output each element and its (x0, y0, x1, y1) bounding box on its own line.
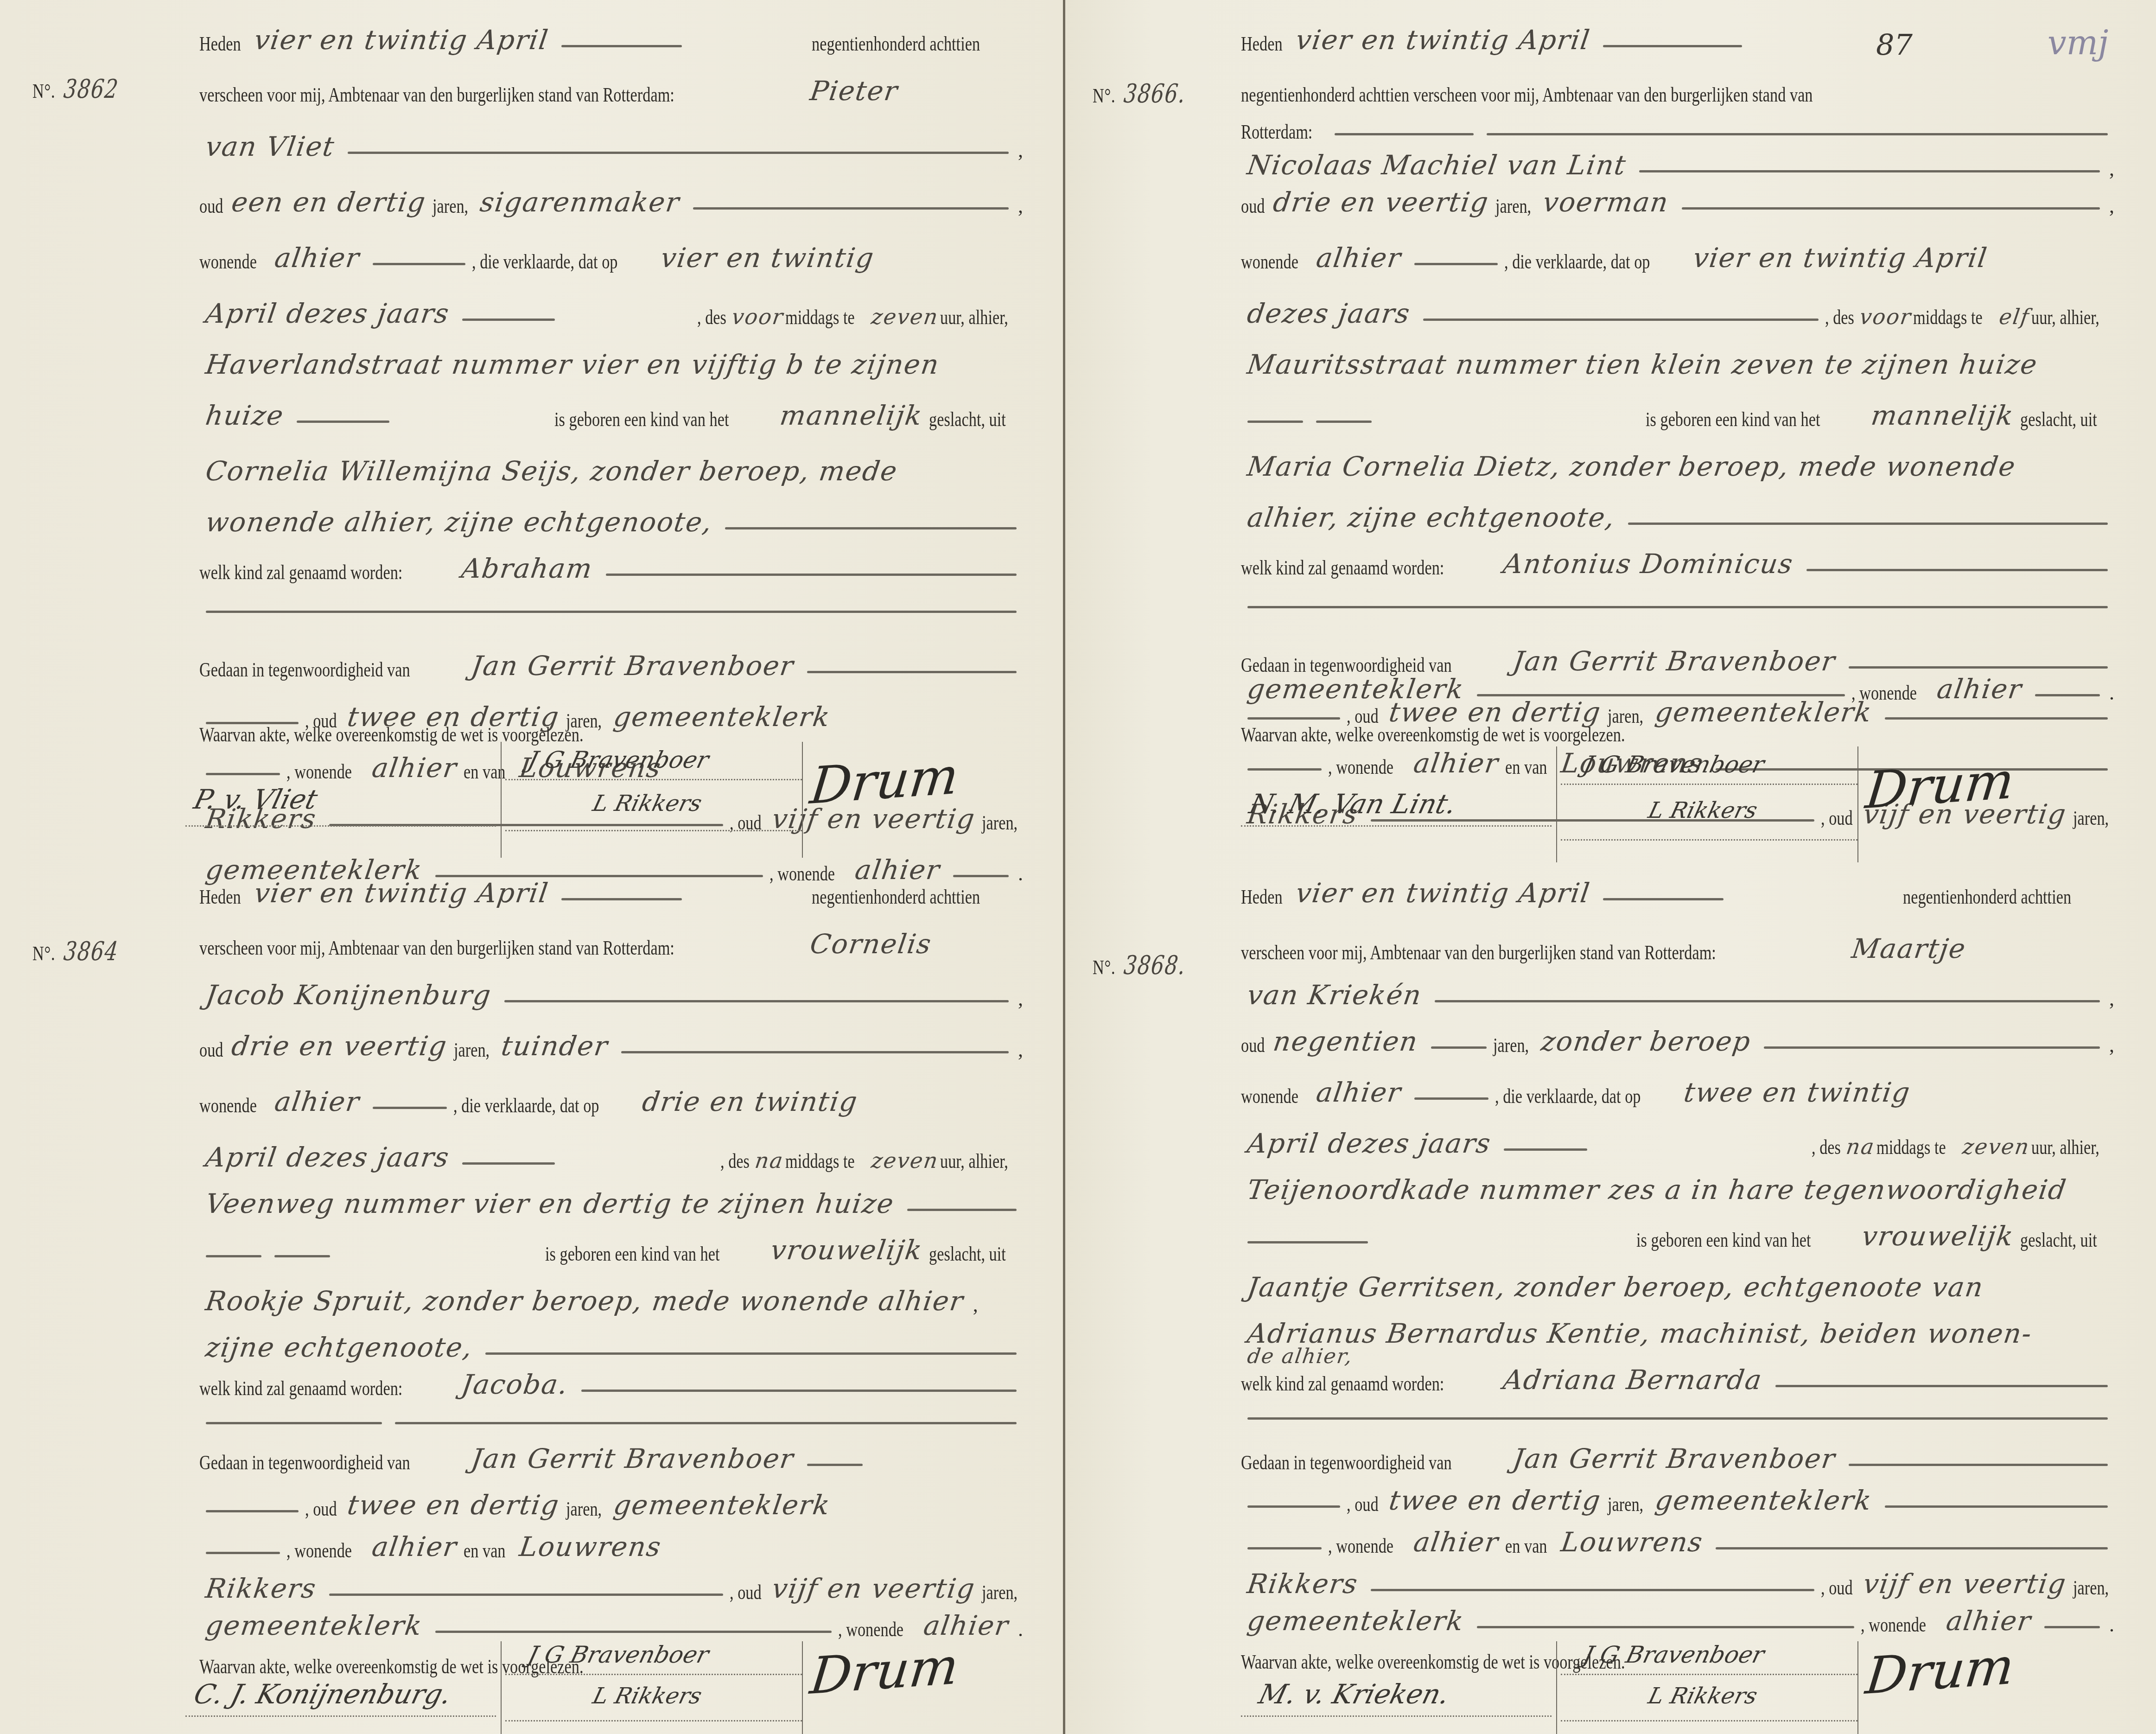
fill-dash (1477, 694, 1845, 696)
fill-dash (348, 152, 1009, 154)
address-line: Haverlandstraat nummer vier en vijftig b… (199, 343, 1023, 380)
declarant-line: Nicolaas Machiel van Lint , (1241, 144, 2114, 181)
witness2-age: vijf en veertig (1855, 1568, 2075, 1600)
fill-dash (1247, 1417, 2108, 1420)
birth-month: April dezes jaars (197, 298, 458, 329)
fill-dash (807, 1464, 863, 1466)
fill-dash (373, 1107, 447, 1109)
signature-dotline (1241, 1715, 1552, 1717)
witness1-age-line: , oud twee en dertig jaren, gemeentekler… (199, 1484, 1023, 1521)
fill-dash (1247, 1505, 1340, 1508)
declarant-surname: van Vliet (197, 131, 343, 162)
margin-note: 87 (1876, 28, 1913, 62)
birth-month: April dezes jaars (197, 1141, 458, 1173)
witness2-residence-line: gemeenteklerk , wonende alhier . (1241, 668, 2114, 705)
address-line: Mauritsstraat nummer tien klein zeven te… (1241, 343, 2114, 380)
mother-line-3: de alhier, (1239, 1345, 1361, 1368)
signature-declarant: C. J. Konijnenburg. (191, 1678, 455, 1710)
residence-line: wonende alhier , die verklaarde, dat op … (199, 1080, 1023, 1117)
address-line: Teijenoordkade nummer zes a in hare tege… (1241, 1168, 2114, 1205)
act-number: N°.3866. (1093, 79, 1191, 109)
age-line: oud negentien jaren, zonder beroep , (1241, 1020, 2114, 1057)
birth-hour: zeven (1959, 1134, 2033, 1159)
child-sex: mannelijk (1863, 400, 2022, 431)
witness1-age-line: , oud twee en dertig jaren, gemeentekler… (1241, 1479, 2114, 1516)
declarant-first-name: Maartje (1843, 933, 1974, 964)
mother-name: Jaantje Gerritsen, zonder beroep, echtge… (1239, 1271, 1992, 1303)
fill-dash (2044, 1626, 2100, 1628)
signature-dotline (505, 1674, 802, 1675)
declarant-age: drie en veertig (1265, 186, 1498, 218)
age-line: oud drie en veertig jaren, voerman , (1241, 181, 2114, 218)
witness1-line: Gedaan in tegenwoordigheid van Jan Gerri… (1241, 1437, 2114, 1474)
act-number: N°.3862 (32, 74, 123, 104)
signature-dotline (1241, 825, 1552, 827)
fill-dash (1371, 1589, 1814, 1591)
fill-dash (1247, 421, 1303, 423)
witness1-residence-line: , wonende alhier en van Louwrens (1241, 1521, 2114, 1558)
signature-witness2: L Rikkers (590, 790, 705, 816)
fill-dash (561, 898, 682, 900)
fill-dash (1423, 319, 1819, 321)
mother-line-1: Rookje Spruit, zonder beroep, mede wonen… (199, 1280, 1023, 1317)
signature-dotline (505, 779, 802, 780)
mother-line-1: Jaantje Gerritsen, zonder beroep, echtge… (1241, 1266, 2114, 1303)
declarant-age: drie en veertig (223, 1030, 456, 1062)
witness2-surname: Rikkers (1239, 1568, 1367, 1600)
signature-dotline (505, 1720, 802, 1721)
fill-dash (907, 1209, 1017, 1211)
mother-name: Maria Cornelia Dietz, zonder beroep, med… (1239, 451, 2024, 482)
verscheen-line: verscheen voor mij, Ambtenaar van den bu… (199, 70, 1023, 107)
heden-line: Heden vier en twintig April negentienhon… (199, 872, 1023, 909)
signature-divider (1556, 1641, 1557, 1734)
witness2-first-name: Louwrens (1552, 1526, 1711, 1558)
signature-dotline (505, 830, 802, 831)
signatures-3868: M. v. Krieken. J G Bravenboer L Rikkers … (1241, 1632, 2103, 1734)
fill-dash (1487, 133, 2108, 135)
declarant-age: een en dertig (223, 186, 435, 218)
declarant-line: van Vliet , (199, 125, 1023, 162)
birth-date: twee en twintig (1675, 1077, 1919, 1108)
mother-line-2: zijne echtgenoote, (199, 1326, 1023, 1363)
declarant-residence: alhier (1308, 1077, 1410, 1108)
sex-line: huize is geboren een kind van het mannel… (199, 394, 1023, 431)
fill-dash (1477, 1626, 1854, 1628)
declarant-line: van Kriekén , (1241, 974, 2114, 1011)
child-name-line: welk kind zal genaamd worden: Jacoba. (199, 1363, 1023, 1400)
declarant-line: Jacob Konijnenburg , (199, 974, 1023, 1011)
witness2-surname: Rikkers (197, 1573, 325, 1604)
heden-line: Heden vier en twintig April negentienhon… (1241, 872, 2114, 909)
rotterdam-line: Rotterdam: (1241, 107, 2114, 144)
age-line: oud drie en veertig jaren, tuinder , (199, 1025, 1023, 1062)
voor-na: voor (1856, 304, 1915, 329)
voor-na: na (751, 1148, 787, 1173)
fill-dash (485, 1352, 1017, 1355)
birth-month: dezes jaars (1239, 298, 1419, 329)
fill-dash (1414, 1097, 1488, 1100)
witness1-line: Gedaan in tegenwoordigheid van Jan Gerri… (199, 644, 1023, 682)
signatures-3866: N. M. Van Lint. J G Bravenboer L Rikkers… (1241, 737, 2103, 858)
declarant-occupation: tuinder (493, 1030, 617, 1062)
heden-line: Heden vier en twintig April (1241, 19, 2114, 56)
fill-dash (1639, 170, 2100, 172)
fill-dash (1603, 45, 1742, 47)
birth-date: vier en twintig (652, 242, 883, 274)
child-name-line: de alhier, welk kind zal genaamd worden:… (1241, 1358, 2114, 1396)
witness2-residence-line: gemeenteklerk , wonende alhier . (1241, 1600, 2114, 1637)
blank-line (1241, 1391, 2114, 1428)
signature-dotline (185, 825, 496, 827)
register-spread: Heden vier en twintig April negentienhon… (0, 0, 2156, 1734)
signature-officer: Drum (1863, 1636, 2017, 1706)
signature-witness1: J G Bravenboer (525, 746, 712, 773)
fill-dash (2035, 694, 2100, 696)
fill-dash (1775, 1385, 2108, 1387)
child-name: Antonius Dominicus (1495, 548, 1802, 580)
witness2-line: Rikkers , oud vijf en veertig jaren, (199, 1567, 1023, 1604)
fill-dash (206, 1510, 299, 1512)
mother-line-2: wonende alhier, zijne echtgenoote, (199, 501, 1023, 538)
act-number: N°.3868. (1093, 950, 1191, 981)
pencil-note: vmj (2048, 23, 2108, 62)
signature-dotline (185, 1715, 496, 1717)
declarant-occupation: voerman (1534, 186, 1677, 218)
witness2-line: Rikkers , oud vijf en veertig jaren, (1241, 1562, 2114, 1600)
act-date: vier en twintig April (246, 877, 557, 909)
fill-dash (206, 1422, 382, 1424)
signature-declarant: N. M. Van Lint. (1247, 788, 1460, 820)
signature-witness1: J G Bravenboer (525, 1641, 712, 1668)
witness1-name: Jan Gerrit Bravenboer (463, 1443, 802, 1474)
signature-dotline (1561, 1720, 1857, 1721)
birth-month: April dezes jaars (1239, 1128, 1500, 1159)
fill-dash (581, 1390, 1017, 1392)
fill-dash (561, 45, 682, 47)
signature-divider (1857, 746, 1858, 862)
sex-line: is geboren een kind van het vrouwelijk g… (1241, 1215, 2114, 1252)
age-line: oud een en dertig jaren, sigarenmaker , (199, 181, 1023, 218)
fill-dash (606, 574, 1017, 576)
witness2-occupation: gemeenteklerk (1239, 673, 1473, 705)
time-line: April dezes jaars , des na middags te ze… (1241, 1122, 2114, 1159)
heden-line: Heden vier en twintig April negentienhon… (199, 19, 1023, 56)
birth-address: Veenweg nummer vier en dertig te zijnen … (197, 1188, 903, 1219)
mother-line-1: Maria Cornelia Dietz, zonder beroep, med… (1241, 445, 2114, 482)
child-name-line: welk kind zal genaamd worden: Abraham (199, 547, 1023, 584)
fill-dash (1849, 1464, 2108, 1466)
fill-dash (1431, 1046, 1487, 1049)
fill-dash (329, 1594, 723, 1596)
witness1-age: twee en dertig (1381, 1485, 1610, 1516)
verscheen-line: verscheen voor mij, Ambtenaar van den bu… (1241, 927, 2114, 964)
signature-divider (802, 742, 803, 858)
child-name-line: welk kind zal genaamd worden: Antonius D… (1241, 542, 2114, 580)
birth-hour: zeven (868, 1148, 942, 1173)
fill-dash (1335, 133, 1474, 135)
child-name: Abraham (453, 553, 602, 584)
signature-declarant: P. v. Vliet (191, 784, 321, 815)
witness1-name: Jan Gerrit Bravenboer (1504, 1443, 1844, 1474)
declarant-age: negentien (1265, 1026, 1427, 1057)
signature-declarant: M. v. Krieken. (1256, 1678, 1453, 1710)
act-date: vier en twintig April (246, 24, 557, 56)
fill-dash (395, 1422, 1017, 1424)
witness2-residence: alhier (1928, 673, 2031, 705)
fill-dash (373, 263, 465, 265)
mother-line-2: alhier, zijne echtgenoote, (1241, 496, 2114, 533)
declarant-occupation: sigarenmaker (472, 186, 689, 218)
book-gutter (1063, 0, 1065, 1734)
witness1-line: Gedaan in tegenwoordigheid van Jan Gerri… (199, 1437, 1023, 1474)
signature-divider (1556, 746, 1557, 862)
fill-dash (1247, 1241, 1368, 1243)
birth-date: drie en twintig (634, 1086, 866, 1117)
witness2-age: vijf en veertig (764, 1573, 984, 1604)
declarant-residence: alhier (266, 242, 369, 274)
fill-dash (206, 1255, 261, 1257)
birth-hour: zeven (868, 304, 942, 329)
fill-dash (1806, 569, 2108, 571)
address-end: huize (197, 400, 293, 431)
witness1-residence: alhier (1405, 1526, 1507, 1558)
fill-dash (504, 1000, 1009, 1002)
fill-dash (1247, 1547, 1322, 1549)
fill-dash (1414, 263, 1498, 265)
sex-line: is geboren een kind van het vrouwelijk g… (199, 1229, 1023, 1266)
act-date: vier en twintig April (1287, 24, 1599, 56)
witness1-occupation: gemeenteklerk (1647, 1485, 1881, 1516)
signature-dotline (1561, 839, 1857, 841)
child-sex: vrouwelijk (762, 1234, 931, 1266)
birth-address: Mauritsstraat nummer tien klein zeven te… (1239, 349, 2046, 380)
child-sex: vrouwelijk (1853, 1220, 2022, 1252)
fill-dash (725, 527, 1017, 529)
signature-witness2: L Rikkers (1646, 1683, 1760, 1709)
fill-dash (1435, 1000, 2100, 1002)
witness1-age: twee en dertig (339, 1489, 568, 1521)
witness1-occupation: gemeenteklerk (605, 1489, 839, 1521)
voor-na: na (1843, 1134, 1878, 1159)
residence-line: wonende alhier , die verklaarde, dat op … (1241, 236, 2114, 274)
fill-dash (1603, 898, 1724, 900)
signature-witness1: J G Bravenboer (1581, 1641, 1767, 1668)
mother-name: Cornelia Willemijna Seijs, zonder beroep… (197, 455, 906, 487)
signature-divider (501, 742, 502, 858)
verscheen-line: verscheen voor mij, Ambtenaar van den bu… (199, 923, 1023, 960)
residence-line: wonende alhier , die verklaarde, dat op … (1241, 1071, 2114, 1108)
right-page: Heden vier en twintig April 87 vmj N°.38… (1065, 0, 2156, 1734)
fill-dash (206, 1552, 280, 1554)
act-number: N°.3864 (32, 937, 123, 967)
signature-divider (501, 1641, 502, 1734)
voor-na: voor (728, 304, 787, 329)
child-sex: mannelijk (771, 400, 931, 431)
signature-officer: Drum (808, 746, 962, 816)
declarant-surname: Jacob Konijnenburg (197, 979, 500, 1011)
signature-witness2: L Rikkers (590, 1683, 705, 1709)
fill-dash (1628, 523, 2108, 525)
fill-dash (206, 611, 1017, 613)
blank-line (199, 1396, 1023, 1433)
signatures-3862: P. v. Vliet J G Bravenboer L Rikkers Dru… (185, 733, 1048, 853)
act-date: vier en twintig April (1287, 877, 1599, 909)
witness1-name: Jan Gerrit Bravenboer (463, 650, 802, 682)
signature-dotline (1561, 784, 1857, 785)
signature-divider (1857, 1641, 1858, 1734)
fill-dash (1247, 606, 2108, 608)
birth-address: Haverlandstraat nummer vier en vijftig b… (197, 349, 948, 380)
signature-officer: Drum (1863, 751, 2017, 820)
signature-officer: Drum (808, 1636, 962, 1706)
fill-dash (693, 207, 1009, 210)
signature-dotline (1561, 1674, 1857, 1675)
blank-line (199, 584, 1023, 621)
witness1-residence: alhier (363, 1531, 466, 1562)
signatures-3864: C. J. Konijnenburg. J G Bravenboer L Rik… (185, 1632, 1048, 1734)
birth-address: Teijenoordkade nummer zes a in hare tege… (1239, 1174, 2075, 1205)
declarant-first-name: Pieter (801, 75, 907, 107)
fill-dash (1885, 1505, 2108, 1508)
fill-dash (297, 421, 389, 423)
declarant-residence: alhier (266, 1086, 369, 1117)
birth-date: vier en twintig April (1685, 242, 1996, 274)
declarant-name: Nicolaas Machiel van Lint (1239, 149, 1635, 181)
fill-dash (1316, 421, 1372, 423)
blank-line (1241, 580, 2114, 617)
sex-line: is geboren een kind van het mannelijk ge… (1241, 394, 2114, 431)
declarant-occupation: zonder beroep (1533, 1026, 1760, 1057)
fill-dash (807, 671, 1017, 673)
signature-divider (802, 1641, 803, 1734)
fill-dash (621, 1051, 1009, 1053)
time-line: April dezes jaars , des na middags te ze… (199, 1136, 1023, 1173)
mother-line-2: Adrianus Bernardus Kentie, machinist, be… (1241, 1312, 2114, 1349)
mother-line-1: Cornelia Willemijna Seijs, zonder beroep… (199, 450, 1023, 487)
fill-dash (462, 319, 555, 321)
witness1-residence-line: , wonende alhier en van Louwrens (199, 1525, 1023, 1562)
address-line: Veenweg nummer vier en dertig te zijnen … (199, 1182, 1023, 1219)
verscheen-line: negentienhonderd achttien verscheen voor… (1241, 70, 2114, 107)
fill-dash (1716, 1547, 2108, 1549)
signature-witness1: J G Bravenboer (1581, 751, 1767, 778)
time-line: dezes jaars , des voor middags te elf uu… (1241, 292, 2114, 329)
declarant-residence: alhier (1308, 242, 1410, 274)
declarant-surname: van Kriekén (1239, 979, 1430, 1011)
fill-dash (1764, 1046, 2100, 1049)
fill-dash (274, 1255, 330, 1257)
declarant-first-name: Cornelis (801, 928, 940, 960)
time-line: April dezes jaars , des voor middags te … (199, 292, 1023, 329)
fill-dash (462, 1162, 555, 1165)
residence-line: wonende alhier , die verklaarde, dat op … (199, 236, 1023, 274)
signature-witness2: L Rikkers (1646, 797, 1760, 823)
fill-dash (1682, 207, 2100, 210)
witness2-first-name: Louwrens (511, 1531, 670, 1562)
left-page: Heden vier en twintig April negentienhon… (0, 0, 1065, 1734)
birth-hour: elf (1996, 304, 2034, 329)
fill-dash (1504, 1148, 1587, 1151)
mother-name: Rookje Spruit, zonder beroep, mede wonen… (197, 1285, 972, 1317)
